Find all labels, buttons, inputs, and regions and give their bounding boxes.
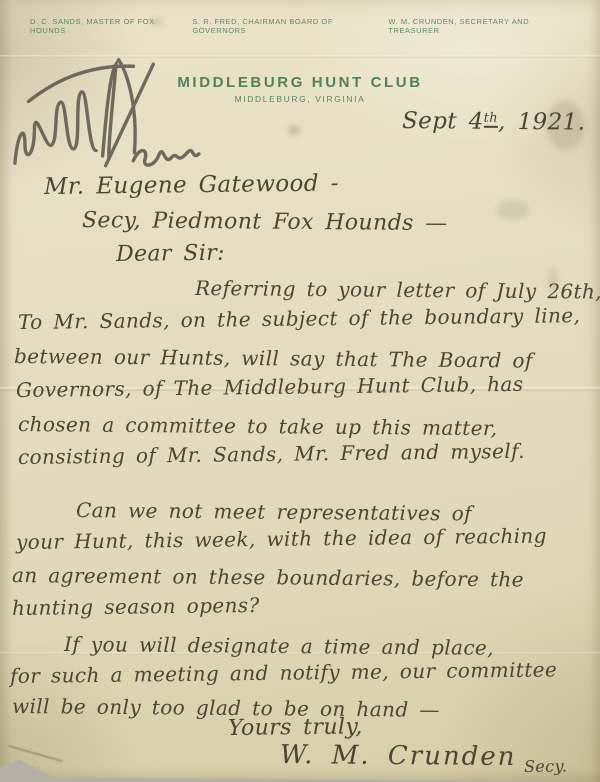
body-line: between our Hunts, will say that The Boa… [14, 344, 533, 373]
letterhead-officers-row: D. C. SANDS, MASTER OF FOX HOUNDS S. R. … [0, 17, 600, 35]
body-line: an agreement on these boundaries, before… [12, 563, 524, 591]
body-line: Can we not meet representatives of [76, 498, 472, 525]
signature-title: Secy. [524, 756, 568, 776]
scanned-letter: D. C. SANDS, MASTER OF FOX HOUNDS S. R. … [0, 0, 600, 782]
body-line: Referring to your letter of July 26th, [195, 276, 600, 304]
signature: W. M. Crunden [280, 740, 517, 772]
body-line: will be only too glad to be on hand — [12, 694, 440, 722]
date-ordinal-superscript: th [484, 111, 499, 128]
date-line: Sept 4th, 1921. [402, 108, 586, 136]
officer-left: D. C. SANDS, MASTER OF FOX HOUNDS [30, 17, 192, 35]
officer-center: S. R. FRED, CHAIRMAN BOARD OF GOVERNORS [192, 17, 388, 35]
recipient-name-line: Mr. Eugene Gatewood - [44, 170, 339, 200]
body-line: hunting season opens? [12, 593, 260, 620]
recipient-title-line: Secy, Piedmont Fox Hounds — [82, 208, 448, 236]
date-suffix: , 1921. [498, 109, 586, 136]
date-prefix: Sept 4 [402, 108, 484, 135]
body-line: chosen a committee to take up this matte… [18, 412, 498, 440]
valediction: Yours truly, [228, 714, 363, 741]
officer-right: W. M. CRUNDEN, SECRETARY AND TREASURER [388, 17, 582, 35]
salutation: Dear Sir: [116, 241, 225, 267]
body-line: If you will designate a time and place, [64, 632, 494, 660]
pencil-signature-scrawl-icon [0, 42, 206, 182]
